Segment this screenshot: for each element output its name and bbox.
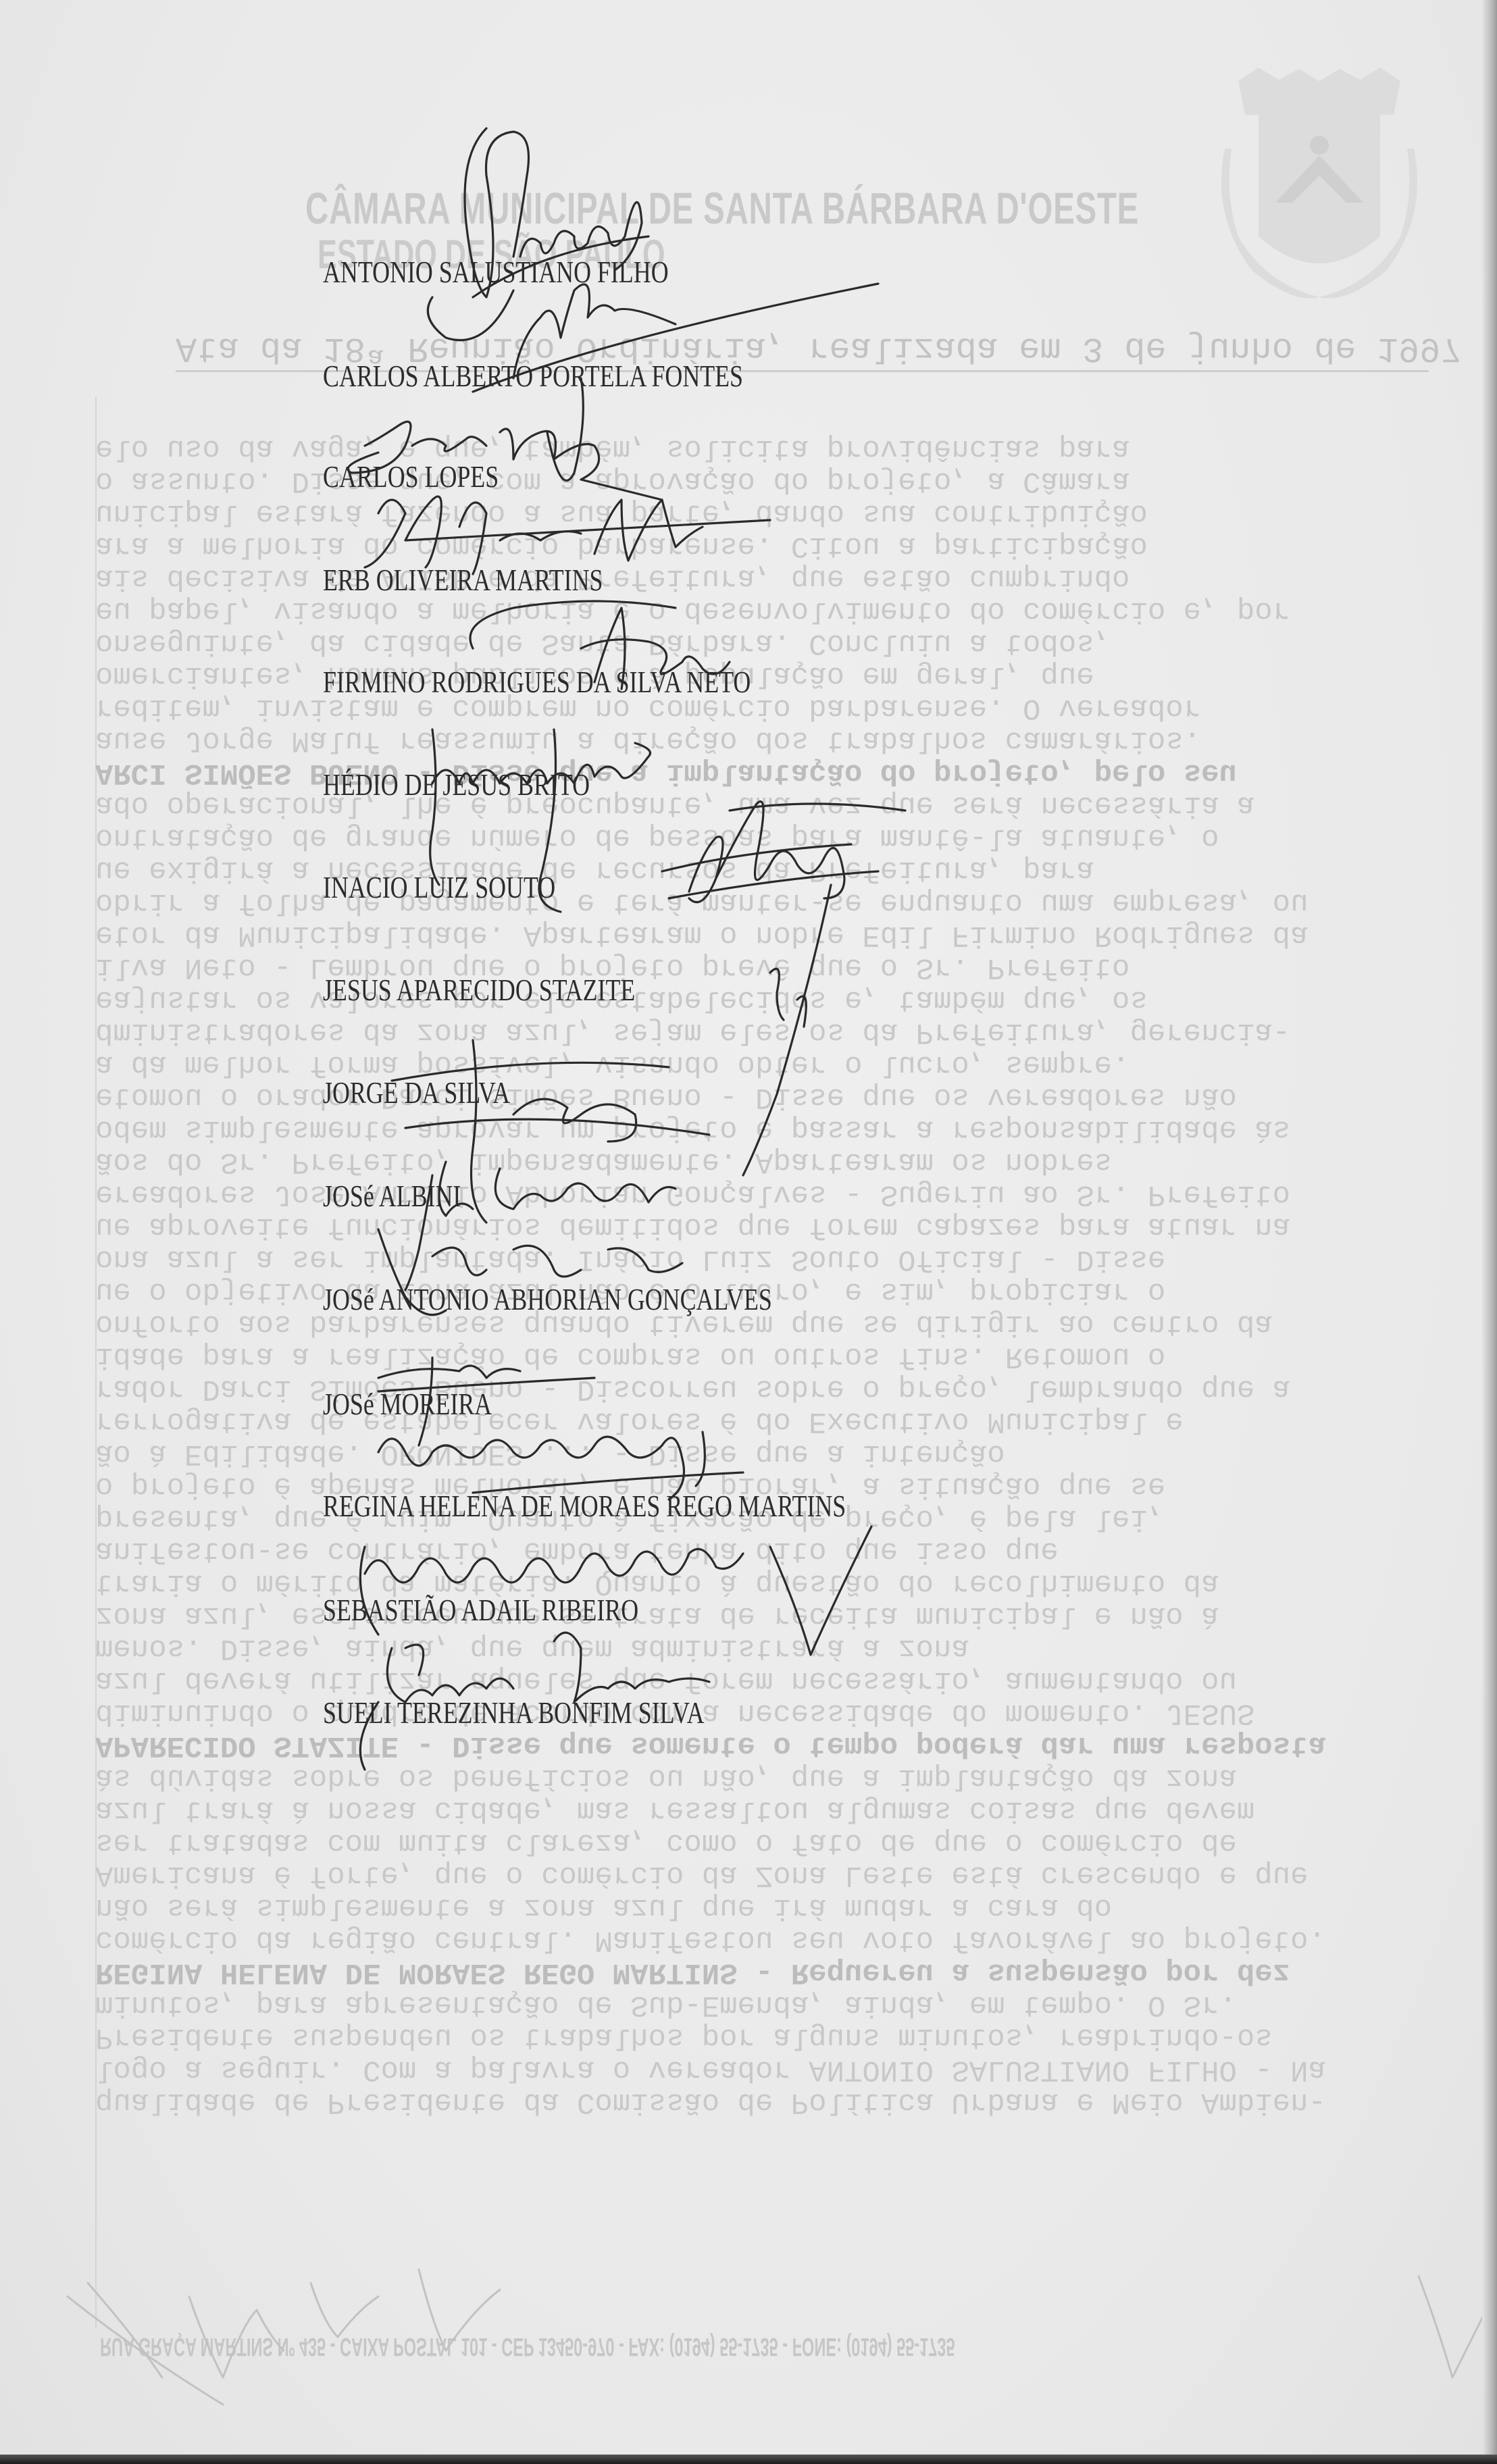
signatory-name: INACIO LUIZ SOUTO bbox=[323, 872, 555, 903]
signatory-name: ANTONIO SALUSTIANO FILHO bbox=[323, 257, 669, 288]
signatory-name: SUELI TEREZINHA BONFIM SILVA bbox=[323, 1697, 705, 1728]
bleed-body-line: comércio da região central. Manifestou s… bbox=[95, 1924, 1497, 1956]
signatory-name: REGINA HELENA DE MORAES REGO MARTINS bbox=[323, 1491, 846, 1522]
signatory-name: FIRMINO RODRIGUES DA SILVA NETO bbox=[323, 667, 751, 698]
bleed-footer-address: RUA GRAÇA MARTINS Nº 435 - CAIXA POSTAL … bbox=[100, 2332, 955, 2361]
signatory-name: JOSé ALBINI bbox=[323, 1181, 461, 1212]
scan-right-edge bbox=[1482, 0, 1497, 2464]
signatory-name: JORGE DA SILVA bbox=[323, 1077, 510, 1108]
bleed-body-line: minutos, para apresentação de Sub-Emenda… bbox=[95, 1988, 1497, 2021]
bleed-body-line: não será simplesmente a zona azul que ir… bbox=[95, 1891, 1497, 1924]
signatory-name: CARLOS ALBERTO PORTELA FONTES bbox=[323, 361, 743, 392]
bleed-body-line: logo a seguir. Com a palavra o vereador … bbox=[95, 2053, 1497, 2086]
bleed-body-line: Americana é forte, que o comércio da Zon… bbox=[95, 1859, 1497, 1891]
bleed-body-line: Presidente suspendeu os trabalhos por al… bbox=[95, 2021, 1497, 2053]
signatory-list: ANTONIO SALUSTIANO FILHO CARLOS ALBERTO … bbox=[323, 0, 1269, 1824]
signatory-name: SEBASTIÃO ADAIL RIBEIRO bbox=[323, 1595, 638, 1626]
signatory-name: HÉDIO DE JESUS BRITO bbox=[323, 769, 590, 800]
signatory-name: CARLOS LOPES bbox=[323, 461, 499, 492]
signatory-name: JESUS APARECIDO STAZITE bbox=[323, 975, 635, 1006]
scan-bottom-edge bbox=[0, 2455, 1497, 2464]
bleed-body-line: REGINA HELENA DE MORAES REGO MARTINS - R… bbox=[95, 1956, 1497, 1988]
bleed-body-line: ser tratadas com muita clareza, como o f… bbox=[95, 1826, 1497, 1859]
signatory-name: JOSé MOREIRA bbox=[323, 1389, 492, 1420]
signatory-name: JOSé ANTONIO ABHORIAN GONÇALVES bbox=[323, 1284, 772, 1315]
bleed-body-line: qualidade de Presidente da Comissão de P… bbox=[95, 2086, 1497, 2118]
signatory-name: ERB OLIVEIRA MARTINS bbox=[323, 565, 603, 596]
